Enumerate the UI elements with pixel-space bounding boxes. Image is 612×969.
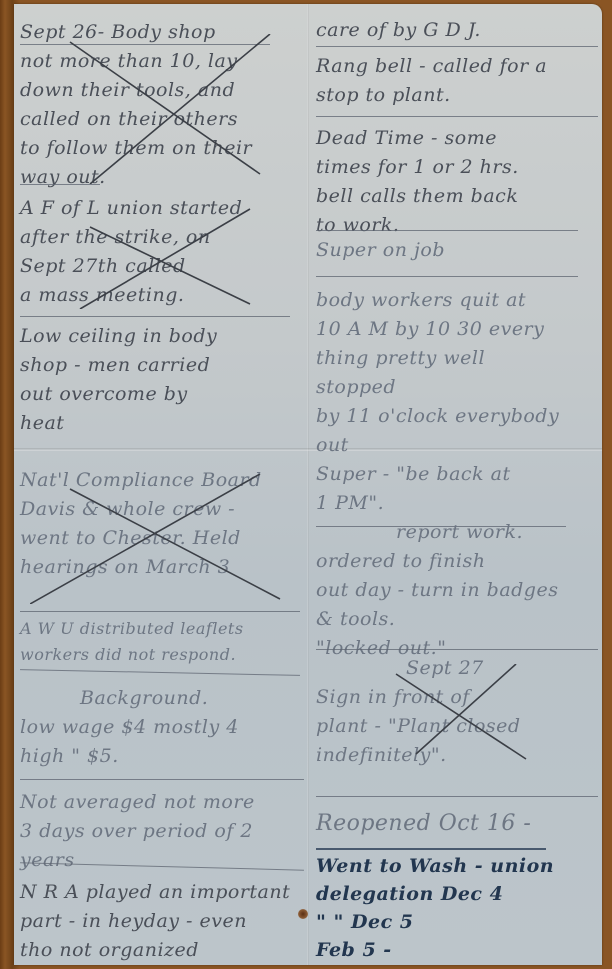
rule: [20, 669, 300, 676]
rule: [20, 316, 290, 317]
rule: [316, 649, 598, 650]
note-washington-delegation: Went to Wash - union delegation Dec 4 " …: [316, 852, 598, 964]
rule: [316, 116, 598, 117]
note-sept26: Sept 26- Body shop not more than 10, lay…: [20, 18, 304, 192]
note-care-of: care of by G D J.: [316, 16, 598, 45]
note-plant-closed-sign: Sept 27 Sign in front of plant - "Plant …: [316, 654, 598, 770]
rule: [316, 796, 598, 797]
rule: [20, 611, 300, 612]
rule: [316, 848, 546, 850]
rule: [20, 779, 304, 780]
note-rang-bell: Rang bell - called for a stop to plant.: [316, 52, 598, 110]
right-column: care of by G D J. Rang bell - called for…: [316, 4, 598, 965]
rule: [316, 46, 598, 47]
vertical-fold-crease: [307, 4, 309, 965]
note-reopened: Reopened Oct 16 -: [316, 809, 598, 838]
note-afl-union: A F of L union started after the strike,…: [20, 194, 304, 310]
note-workers-quit: body workers quit at 10 A M by 10 30 eve…: [316, 286, 598, 460]
note-compliance-board: Nat'l Compliance Board Davis & whole cre…: [20, 466, 304, 582]
left-column: Sept 26- Body shop not more than 10, lay…: [20, 4, 304, 965]
paper-sheet: Sept 26- Body shop not more than 10, lay…: [14, 4, 602, 965]
note-dead-time: Dead Time - some times for 1 or 2 hrs. b…: [316, 124, 598, 240]
note-low-ceiling: Low ceiling in body shop - men carried o…: [20, 322, 304, 438]
note-super-on-job: Super on job: [316, 236, 598, 265]
rule: [20, 184, 100, 185]
note-awu-leaflets: A W U distributed leaflets workers did n…: [20, 616, 304, 668]
note-nra: N R A played an important part - in heyd…: [20, 878, 304, 965]
note-background-wages: Background. low wage $4 mostly 4 high " …: [20, 684, 304, 771]
note-averaged-days: Not averaged not more 3 days over period…: [20, 788, 304, 875]
rule: [316, 276, 578, 277]
rule: [316, 230, 578, 231]
note-locked-out: report work. ordered to finish out day -…: [316, 518, 598, 663]
note-super-be-back: Super - "be back at 1 PM".: [316, 460, 598, 518]
paper-stain: [298, 909, 308, 919]
